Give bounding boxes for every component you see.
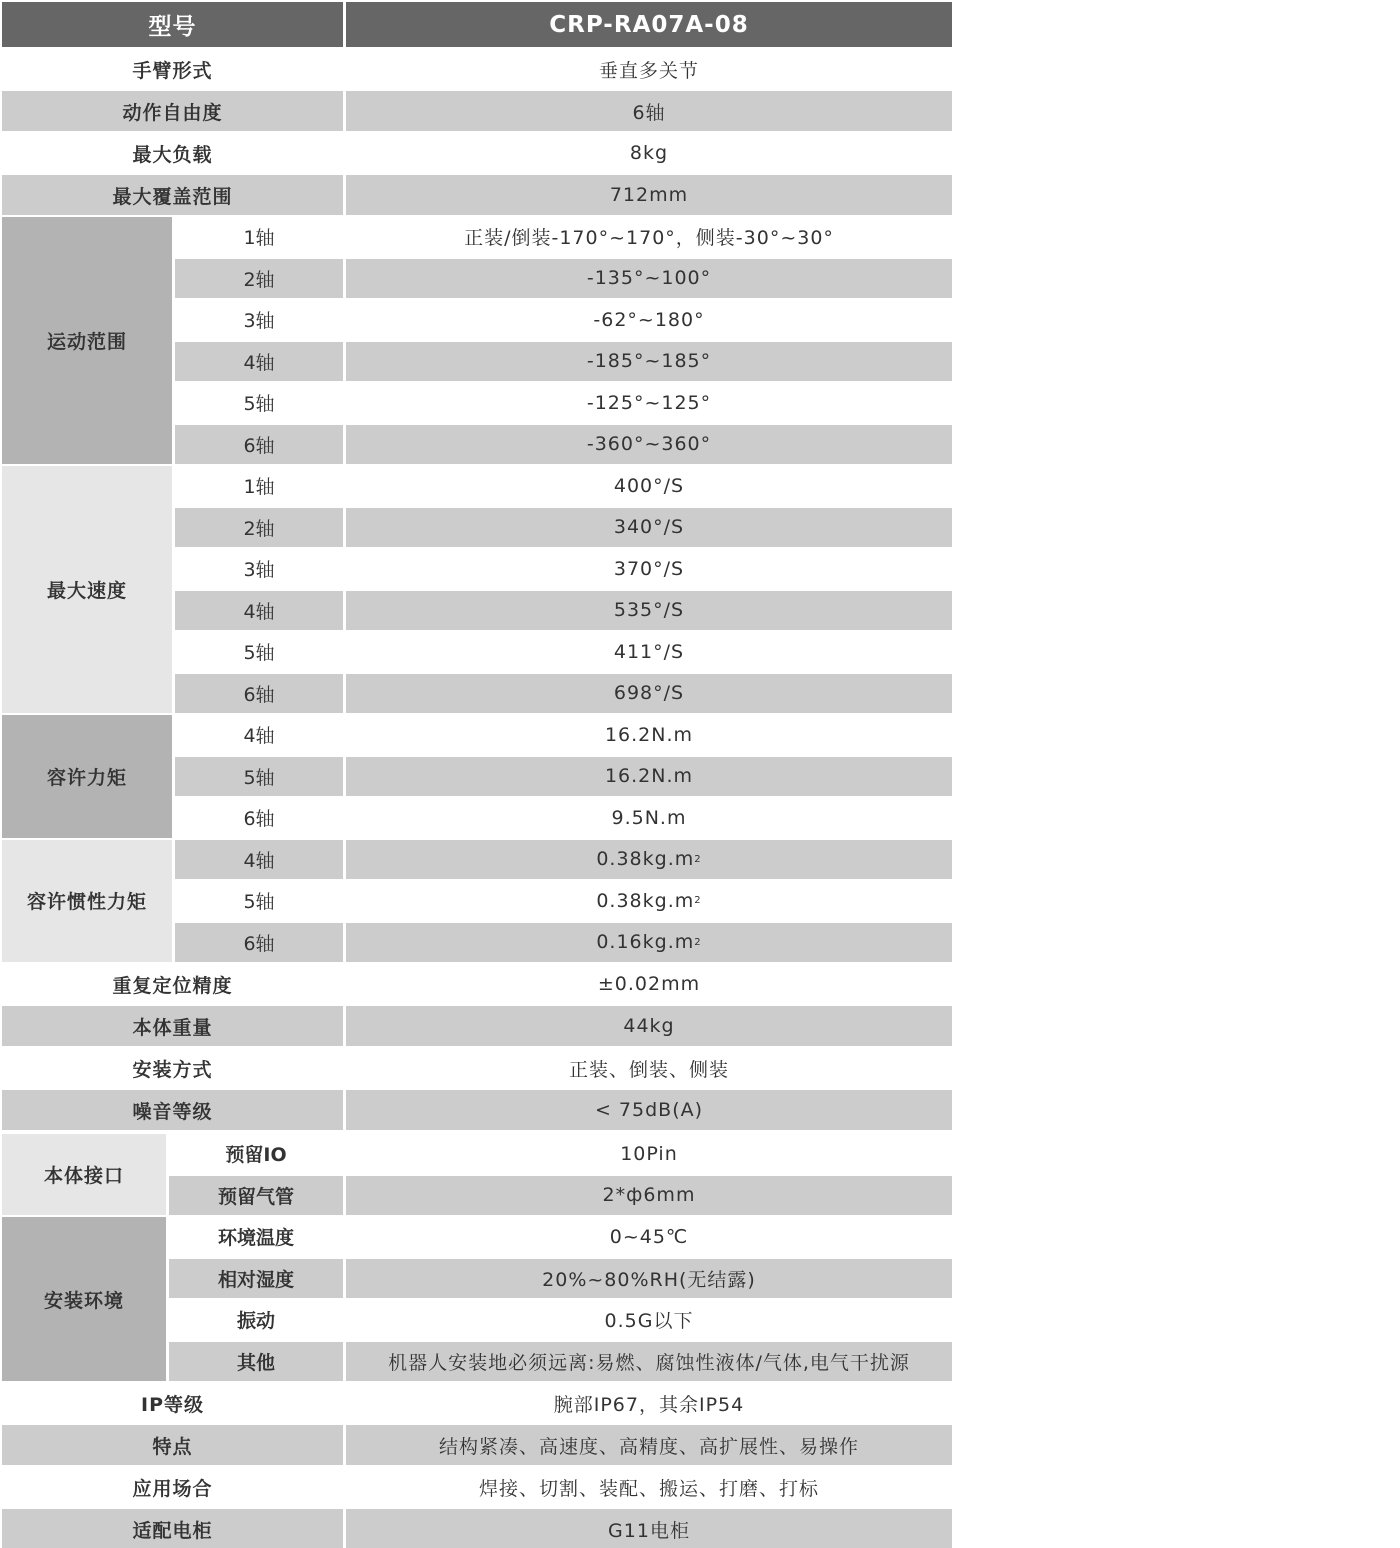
table-row: 5轴-125°~125° — [175, 383, 952, 423]
row-label: 动作自由度 — [2, 91, 343, 131]
table-row: 3轴-62°~180° — [175, 300, 952, 340]
row-label: 噪音等级 — [2, 1090, 343, 1130]
axis-label: 6轴 — [175, 923, 343, 963]
axis-label: 4轴 — [175, 591, 343, 631]
table-row: 4轴16.2N.m — [175, 715, 952, 755]
row-value: ±0.02mm — [346, 964, 952, 1004]
item-value: 20%~80%RH(无结露) — [346, 1259, 952, 1299]
table-row: IP等级 腕部IP67，其余IP54 — [2, 1383, 952, 1423]
item-value: 10Pin — [346, 1134, 952, 1174]
table-row: 4轴535°/S — [175, 591, 952, 631]
table-row: 6轴0.16kg.m2 — [175, 923, 952, 963]
axis-value: 370°/S — [346, 549, 952, 589]
axis-label: 2轴 — [175, 259, 343, 299]
table-row: 应用场合 焊接、切割、装配、搬运、打磨、打标 — [2, 1467, 952, 1507]
spec-table: 型号 CRP-RA07A-08 手臂形式 垂直多关节 动作自由度 6轴 最大负载… — [2, 2, 952, 1548]
table-row: 本体重量 44kg — [2, 1006, 952, 1046]
table-row: 6轴-360°~360° — [175, 425, 952, 465]
group-label: 容许力矩 — [2, 715, 172, 838]
table-row: 6轴9.5N.m — [175, 798, 952, 838]
group-label: 安装环境 — [2, 1217, 166, 1381]
table-row: 最大负载 8kg — [2, 133, 952, 173]
group-label: 容许惯性力矩 — [2, 840, 172, 963]
row-value: 6轴 — [346, 91, 952, 131]
axis-label: 5轴 — [175, 632, 343, 672]
item-label: 环境温度 — [169, 1217, 343, 1257]
axis-label: 2轴 — [175, 508, 343, 548]
axis-label: 4轴 — [175, 715, 343, 755]
table-row: 相对湿度20%~80%RH(无结露) — [169, 1259, 952, 1299]
model-label: 型号 — [2, 2, 343, 47]
table-row: 安装方式 正装、倒装、侧装 — [2, 1048, 952, 1088]
axis-label: 5轴 — [175, 757, 343, 797]
axis-value: 698°/S — [346, 674, 952, 714]
group-label: 本体接口 — [2, 1134, 166, 1215]
table-row: 2轴340°/S — [175, 508, 952, 548]
row-label: 最大覆盖范围 — [2, 175, 343, 215]
axis-label: 3轴 — [175, 549, 343, 589]
row-value: 8kg — [346, 133, 952, 173]
table-row: 4轴0.38kg.m2 — [175, 840, 952, 880]
axis-label: 4轴 — [175, 342, 343, 382]
item-value: 0~45℃ — [346, 1217, 952, 1257]
table-row: 手臂形式 垂直多关节 — [2, 49, 952, 89]
row-label: 最大负载 — [2, 133, 343, 173]
row-label: 本体重量 — [2, 1006, 343, 1046]
group-allowable-torque: 容许力矩 4轴16.2N.m 5轴16.2N.m 6轴9.5N.m — [2, 715, 952, 838]
table-row: 1轴400°/S — [175, 466, 952, 506]
table-row: 3轴370°/S — [175, 549, 952, 589]
table-row: 重复定位精度 ±0.02mm — [2, 964, 952, 1004]
row-value: 垂直多关节 — [346, 49, 952, 89]
row-value: 结构紧凑、高速度、高精度、高扩展性、易操作 — [346, 1425, 952, 1465]
axis-value: -360°~360° — [346, 425, 952, 465]
axis-label: 4轴 — [175, 840, 343, 880]
axis-value: -62°~180° — [346, 300, 952, 340]
axis-value: 9.5N.m — [346, 798, 952, 838]
table-header: 型号 CRP-RA07A-08 — [2, 2, 952, 47]
group-motion-range: 运动范围 1轴正装/倒装-170°~170°，侧装-30°~30° 2轴-135… — [2, 217, 952, 464]
row-value: 44kg — [346, 1006, 952, 1046]
axis-value: 16.2N.m — [346, 757, 952, 797]
table-row: 5轴16.2N.m — [175, 757, 952, 797]
row-value: 焊接、切割、装配、搬运、打磨、打标 — [346, 1467, 952, 1507]
table-row: 5轴0.38kg.m2 — [175, 881, 952, 921]
axis-value: 411°/S — [346, 632, 952, 672]
axis-value: 正装/倒装-170°~170°，侧装-30°~30° — [346, 217, 952, 257]
table-row: 特点 结构紧凑、高速度、高精度、高扩展性、易操作 — [2, 1425, 952, 1465]
axis-value: 340°/S — [346, 508, 952, 548]
table-row: 环境温度0~45℃ — [169, 1217, 952, 1257]
group-max-speed: 最大速度 1轴400°/S 2轴340°/S 3轴370°/S 4轴535°/S… — [2, 466, 952, 713]
axis-value: 0.16kg.m2 — [346, 923, 952, 963]
table-row: 振动0.5G以下 — [169, 1300, 952, 1340]
axis-label: 1轴 — [175, 217, 343, 257]
axis-label: 5轴 — [175, 383, 343, 423]
group-install-env: 安装环境 环境温度0~45℃ 相对湿度20%~80%RH(无结露) 振动0.5G… — [2, 1217, 952, 1381]
item-value: 机器人安装地必须远离:易燃、腐蚀性液体/气体,电气干扰源 — [346, 1342, 952, 1382]
item-label: 振动 — [169, 1300, 343, 1340]
axis-value: 0.38kg.m2 — [346, 840, 952, 880]
group-allowable-inertia: 容许惯性力矩 4轴0.38kg.m2 5轴0.38kg.m2 6轴0.16kg.… — [2, 840, 952, 963]
table-row: 2轴-135°~100° — [175, 259, 952, 299]
item-value: 2*ф6mm — [346, 1176, 952, 1216]
axis-label: 6轴 — [175, 798, 343, 838]
table-row: 其他机器人安装地必须远离:易燃、腐蚀性液体/气体,电气干扰源 — [169, 1342, 952, 1382]
row-value: 正装、倒装、侧装 — [346, 1048, 952, 1088]
axis-value: 400°/S — [346, 466, 952, 506]
item-value: 0.5G以下 — [346, 1300, 952, 1340]
table-row: 预留IO10Pin — [169, 1134, 952, 1174]
row-label: 适配电柜 — [2, 1509, 343, 1548]
table-row: 6轴698°/S — [175, 674, 952, 714]
axis-value: 0.38kg.m2 — [346, 881, 952, 921]
row-label: 特点 — [2, 1425, 343, 1465]
row-value: 腕部IP67，其余IP54 — [346, 1383, 952, 1423]
group-label: 运动范围 — [2, 217, 172, 464]
row-label: 应用场合 — [2, 1467, 343, 1507]
item-label: 预留气管 — [169, 1176, 343, 1216]
group-label: 最大速度 — [2, 466, 172, 713]
table-row: 适配电柜 G11电柜 — [2, 1509, 952, 1548]
axis-value: -135°~100° — [346, 259, 952, 299]
table-row: 最大覆盖范围 712mm — [2, 175, 952, 215]
table-row: 动作自由度 6轴 — [2, 91, 952, 131]
axis-value: 535°/S — [346, 591, 952, 631]
table-row: 预留气管2*ф6mm — [169, 1176, 952, 1216]
axis-value: -185°~185° — [346, 342, 952, 382]
row-label: 安装方式 — [2, 1048, 343, 1088]
axis-value: -125°~125° — [346, 383, 952, 423]
row-label: 手臂形式 — [2, 49, 343, 89]
row-label: 重复定位精度 — [2, 964, 343, 1004]
axis-label: 6轴 — [175, 674, 343, 714]
table-row: 1轴正装/倒装-170°~170°，侧装-30°~30° — [175, 217, 952, 257]
axis-label: 1轴 — [175, 466, 343, 506]
axis-label: 3轴 — [175, 300, 343, 340]
axis-label: 6轴 — [175, 425, 343, 465]
row-value: G11电柜 — [346, 1509, 952, 1548]
axis-label: 5轴 — [175, 881, 343, 921]
item-label: 预留IO — [169, 1134, 343, 1174]
row-value: 712mm — [346, 175, 952, 215]
item-label: 相对湿度 — [169, 1259, 343, 1299]
row-label: IP等级 — [2, 1383, 343, 1423]
item-label: 其他 — [169, 1342, 343, 1382]
table-row: 4轴-185°~185° — [175, 342, 952, 382]
axis-value: 16.2N.m — [346, 715, 952, 755]
table-row: 噪音等级 < 75dB(A) — [2, 1090, 952, 1130]
group-body-interface: 本体接口 预留IO10Pin 预留气管2*ф6mm — [2, 1134, 952, 1215]
table-row: 5轴411°/S — [175, 632, 952, 672]
model-value: CRP-RA07A-08 — [346, 2, 952, 47]
row-value: < 75dB(A) — [346, 1090, 952, 1130]
